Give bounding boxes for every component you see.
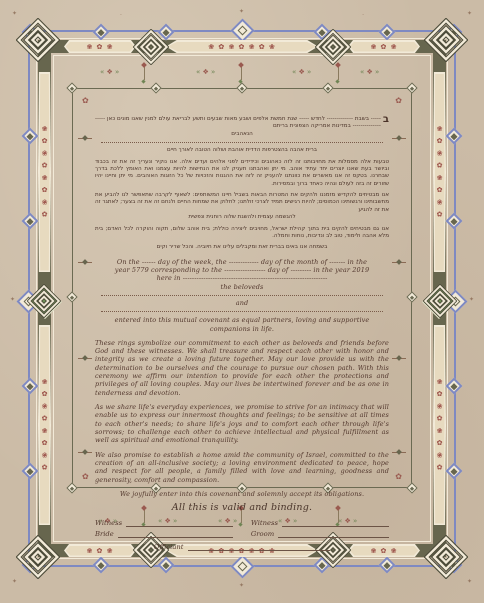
celtic-knot-icon [133,29,169,65]
margin-ornament-icon [392,138,406,139]
celtic-knot-icon [27,284,61,318]
dotted-separator [101,141,383,143]
rings-paragraph: These rings symbolize our commitment to … [95,339,389,397]
witness-right-label: Witness [251,519,278,527]
witness-left-label: Witness [95,519,122,527]
bride-field: Bride [95,530,233,538]
groom-signature-line [278,530,389,538]
corner-trefoil-icon: ✿ [395,96,402,105]
floral-scroll-icon: ❀ ✿ ❀ [370,43,397,51]
bride-groom-signature-row: Bride Groom [95,530,389,538]
margin-ornament-icon [78,138,92,139]
sprig-icon: ✦ [467,10,472,17]
winged-motif-icon: « ❖ » [196,68,215,76]
groom-field: Groom [251,530,389,538]
witness-right-signature-line [282,519,389,527]
floral-scroll-icon: ❀ ✿ ❀ ✿ ❀ ✿ ❀ [208,43,275,51]
celtic-knot-icon [16,18,60,62]
sprig-icon: ✦ [12,578,17,585]
hebrew-share-paragraph: אנו מבטיחים להקדיש מזמננו ולהקים את המטר… [95,192,389,214]
margin-ornament-icon [392,358,406,359]
margin-ornament-icon [392,452,406,453]
sprig-icon: ✦ [12,10,17,17]
celtic-knot-icon [424,535,468,579]
hebrew-date-paragraph: ב ----- בשבת ------------- לחדש ----- שנ… [95,116,389,131]
floral-scroll-icon: ❀ ✿ ❀ ✿ ❀ ✿ ❀ ✿ [436,125,444,220]
sprig-icon: ✦ [239,8,244,15]
sprig-icon: ✦ [469,296,474,303]
witness-right-field: Witness [251,519,389,527]
celtic-knot-icon [423,284,457,318]
dotted-separator [101,294,383,296]
share-paragraph: As we share life's everyday experiences,… [95,403,389,445]
hebrew-date-line1: ----- בשבת ------------- לחדש ----- שנת … [192,116,380,122]
valid-and-binding-line: All this is valid and binding. [95,502,389,513]
floral-cartouche: ❀ ✿ ❀ [348,40,420,53]
joyfully-line: We joyfully enter into this covenant and… [95,490,389,498]
hebrew-share-paragraph-end: להגשמה עצמית ולהשגת שלוה רוחנית ונפשית [95,214,389,221]
floral-cartouche: ❀ ✿ ❀ ✿ ❀ ✿ ❀ ✿ [433,325,446,525]
floral-cartouche: ❀ ✿ ❀ ✿ ❀ ✿ ❀ ✿ [38,72,51,272]
witness-left-signature-line [126,519,233,527]
celtic-knot-icon [16,535,60,579]
english-date-line2: year 5779 corresponding to the ---------… [95,266,389,274]
witness-left-field: Witness [95,519,233,527]
floral-cartouche: ❀ ✿ ❀ [64,40,136,53]
celtic-knot-icon [315,29,351,65]
tassel-ornament-icon [241,66,242,80]
bride-signature-line [118,530,233,538]
ketubah-text-block: ב ----- בשבת ------------- לחדש ----- שנ… [95,116,389,551]
sprig-icon: · [362,12,364,19]
english-date-line1: On the ------ day of the week, the -----… [95,258,389,266]
corner-trefoil-icon: ✿ [82,472,89,481]
tassel-ornament-icon [338,66,339,80]
witness-signature-row: Witness Witness [95,519,389,527]
floral-scroll-icon: ❀ ✿ ❀ ✿ ❀ ✿ ❀ ✿ [436,378,444,473]
sprig-icon: ✦ [10,296,15,303]
hebrew-intro-line: ברית אהבה בהצטרפות הדדית אוהבת ושלוה הטו… [95,147,389,154]
floral-scroll-icon: ❀ ✿ ❀ ✿ ❀ ✿ ❀ ✿ [41,125,49,220]
english-date-line3: here in --------------------------------… [95,274,389,282]
winged-motif-icon: « ❖ » [292,68,311,76]
margin-ornament-icon [78,358,92,359]
beloveds-label: the beloveds [95,283,389,291]
hebrew-rings-paragraph: טבעות אלה מסמלות את מחויבותנו זה לזה כאה… [95,159,389,189]
hebrew-home-paragraph: אנו גם מבטיחים להקים בית בתוך קהילת ישרא… [95,226,389,241]
margin-ornament-icon [78,452,92,453]
and-label: and [95,299,389,307]
winged-motif-icon: « ❖ » [100,68,119,76]
officiant-label: Officiant [154,543,184,551]
covenant-line: entered into this mutual covenant as equ… [95,316,389,333]
margin-ornament-icon [392,262,406,263]
ketubah-document: ❀ ✿ ❀ ❀ ✿ ❀ ✿ ❀ ✿ ❀ ❀ ✿ ❀ ❀ ✿ ❀ ❀ ✿ ❀ ✿ … [0,0,484,603]
sprig-icon: · [120,12,122,19]
officiant-signature-line [188,543,331,551]
groom-label: Groom [251,530,274,538]
artist-mark: ~·~ [449,564,460,569]
tassel-ornament-icon [144,66,145,80]
hebrew-closing-line: בשמחה אנו באים בברית זאת ומקבלים עלינו א… [95,244,389,251]
margin-ornament-icon [78,262,92,263]
home-paragraph: We also promise to establish a home amid… [95,451,389,484]
dotted-separator [101,310,383,312]
bride-label: Bride [95,530,114,538]
winged-motif-icon: « ❖ » [360,68,379,76]
hebrew-beloveds-label: הנאהבים [95,131,389,138]
celtic-knot-icon [424,18,468,62]
officiant-field: Officiant [154,543,330,551]
hebrew-initial-letter: ב [383,116,389,124]
floral-scroll-icon: ❀ ✿ ❀ [86,43,113,51]
floral-cartouche: ❀ ✿ ❀ ✿ ❀ ✿ ❀ ✿ [38,325,51,525]
sprig-icon: ✦ [467,578,472,585]
floral-scroll-icon: ❀ ✿ ❀ ✿ ❀ ✿ ❀ ✿ [41,378,49,473]
floral-cartouche: ❀ ✿ ❀ ✿ ❀ ✿ ❀ ✿ [433,72,446,272]
floral-cartouche: ❀ ✿ ❀ ✿ ❀ ✿ ❀ [166,40,318,53]
sprig-icon: ✦ [239,582,244,589]
corner-trefoil-icon: ✿ [82,96,89,105]
corner-trefoil-icon: ✿ [395,472,402,481]
